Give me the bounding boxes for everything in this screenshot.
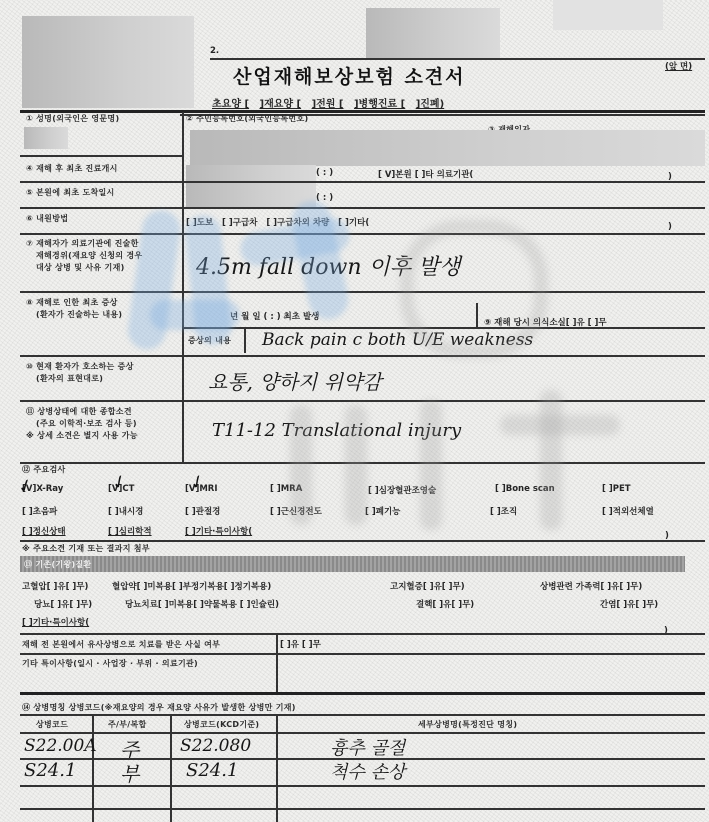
history-other[interactable]: [ ]기타·특이사항(: [22, 616, 89, 628]
exams-note: ※ 주요소견 기재 또는 결과지 첨부: [22, 543, 150, 554]
history-diabetes[interactable]: 당뇨[ ]유[ ]무): [34, 598, 92, 610]
arrival-label: ⑤ 본원에 최초 도착일시: [26, 187, 115, 198]
first-visit-time: ( : ): [316, 168, 333, 178]
transport-close-paren: ): [668, 222, 672, 232]
redacted-block-top-right: [553, 0, 663, 30]
diag-row-divider-3: [20, 808, 705, 810]
exam-endoscopy[interactable]: [ ]내시경: [108, 505, 143, 517]
prior-treatment-options[interactable]: [ ]유 [ ]무: [280, 638, 321, 650]
diag-row-2-type[interactable]: 부: [120, 758, 139, 787]
history-diabetes-treatment[interactable]: 당뇨치료[ ]미복용[ ]약물복용 [ ]인슐린): [125, 598, 279, 610]
row-divider-4: [20, 155, 182, 157]
main-column-divider: [182, 112, 184, 462]
exam-pet[interactable]: [ ]PET: [602, 484, 631, 494]
request-type-pneumoconiosis[interactable]: ]진폐): [416, 99, 444, 110]
first-symptom-label-2: (환자가 진술하는 내용): [36, 309, 122, 320]
transport-ambulance[interactable]: [ ]구급차: [222, 218, 257, 228]
watermark-stroke-gray-6: [540, 390, 562, 530]
diag-row-1-code[interactable]: S22.00A: [24, 736, 97, 756]
redacted-personal-info: [190, 130, 705, 166]
history-tuberculosis[interactable]: 결핵[ ]유[ ]무): [416, 598, 474, 610]
diag-row-2-kcd[interactable]: S24.1: [186, 760, 238, 781]
exam-pulmonary[interactable]: [ ]폐기능: [365, 505, 400, 517]
resident-id-label: ② 주민등록번호(외국인등록번호): [186, 113, 308, 124]
row-divider-5: [20, 181, 705, 183]
request-type-row: 초요양 [ ]재요양 [ ]전원 [ ]병행진료 [ ]진폐): [212, 95, 444, 110]
xray-checkmark-icon: ✓: [15, 474, 36, 499]
diag-row-1-detail[interactable]: 흉추 골절: [330, 734, 405, 760]
side-label: (앞 면): [665, 60, 692, 72]
first-symptom-date[interactable]: 년 월 일 ( : ) 최초 발생: [230, 310, 319, 322]
history-divider: [20, 633, 705, 635]
page-number-mark: 2.: [210, 46, 219, 56]
history-close-paren: ): [664, 626, 668, 636]
header-rule: [210, 58, 705, 60]
history-section-bar: [20, 556, 685, 572]
diag-col-divider-3: [276, 714, 278, 822]
exam-arthroscopy[interactable]: [ ]관절경: [185, 505, 220, 517]
row-divider-10: [20, 400, 705, 402]
exam-ultrasound[interactable]: [ ]초음파: [22, 505, 57, 517]
history-section-label: ⑬ 기존(기왕)질환: [24, 559, 91, 570]
exam-other[interactable]: [ ]기타·특이사항(: [185, 525, 252, 537]
diag-row-2-code[interactable]: S24.1: [24, 760, 76, 781]
diagnosis-section-label: ⑭ 상병명칭 상병코드(※재요양의 경우 재요양 사유가 발생한 상병만 기재): [22, 702, 296, 713]
redacted-block-top-left: [22, 16, 194, 108]
diag-row-1-kcd[interactable]: S22.080: [180, 736, 251, 756]
opinion-label-2: (주요 이학적·보조 검사 등): [36, 418, 137, 429]
scanned-form: 2. (앞 면) 산업재해보상보험 소견서 초요양 [ ]재요양 [ ]전원 […: [0, 0, 709, 822]
opinion-label-1: ⑪ 상병상태에 대한 종합소견: [26, 406, 132, 417]
current-complaint-value[interactable]: 요통, 양하지 위약감: [208, 366, 382, 395]
row-divider-7: [20, 233, 705, 235]
table-top-border: [20, 110, 705, 113]
current-complaint-label-1: ⑩ 현재 환자가 호소하는 증상: [26, 361, 134, 372]
first-visit-options[interactable]: [ V]본원 [ ]타 의료기관(: [378, 168, 473, 180]
diag-header-top: [20, 714, 705, 716]
watermark-stroke-gray-3: [345, 405, 367, 525]
request-type-initial[interactable]: 초요양 [: [212, 99, 249, 110]
other-notes-label: 기타 특이사항(일시 · 사업장 · 부위 · 의료기관): [22, 658, 198, 669]
exam-thermography[interactable]: [ ]적외선체열: [602, 505, 654, 517]
prior-treatment-label: 재해 전 본원에서 유사상병으로 치료를 받은 사실 여부: [22, 639, 220, 650]
current-complaint-label-2: (환자의 표현대로): [36, 373, 103, 384]
watermark-stroke-gray-1: [400, 220, 548, 358]
exam-psychological[interactable]: [ ]심리학적: [108, 525, 152, 537]
history-bp-medication[interactable]: 혈압약[ ]미복용[ ]부정기복용[ ]정기복용): [112, 580, 271, 592]
diag-col-divider-2: [170, 714, 172, 822]
first-symptom-label-1: ⑧ 재해로 인한 최초 증상: [26, 297, 118, 308]
history-hepatitis[interactable]: 간염[ ]유[ ]무): [600, 598, 658, 610]
watermark-stroke-blue-1: [125, 208, 182, 352]
transport-label: ⑥ 내원방법: [26, 213, 68, 224]
diag-col-kcd: 상병코드(KCD기준): [184, 719, 259, 730]
redacted-dates: [186, 165, 316, 209]
exam-biopsy[interactable]: [ ]조직: [490, 505, 517, 517]
diag-col-type: 주/부/복합: [108, 719, 147, 730]
diag-col-divider-1: [92, 714, 94, 822]
prior-divider: [20, 653, 705, 655]
opinion-label-3: ※ 상세 소견은 별지 사용 가능: [26, 430, 138, 441]
redacted-name: [24, 127, 68, 149]
request-type-recurrence[interactable]: ]재요양 [: [260, 99, 302, 110]
diag-row-divider-2: [20, 785, 705, 787]
name-label: ① 성명(외국인은 영문명): [26, 113, 119, 124]
exam-mental-state[interactable]: [ ]정신상태: [22, 525, 66, 537]
symptom-content-divider: [244, 327, 246, 353]
request-type-transfer[interactable]: ]전원 [: [312, 99, 344, 110]
accident-desc-label-2: 재해경위(재요양 신청의 경우: [36, 250, 142, 261]
diag-col-code: 상병코드: [36, 719, 68, 730]
history-hyperlipidemia[interactable]: 고지혈증[ ]유[ ]무): [390, 580, 465, 592]
history-family[interactable]: 상병관련 가족력[ ]유[ ]무): [540, 580, 642, 592]
row-divider-8: [20, 291, 705, 293]
watermark-stroke-blue-3: [150, 300, 240, 330]
history-hypertension[interactable]: 고혈압[ ]유[ ]무): [22, 580, 88, 592]
accident-desc-label-1: ⑦ 재해자가 의료기관에 진술한: [26, 238, 139, 249]
watermark-stroke-gray-4: [420, 400, 442, 530]
history-bottom-border: [20, 692, 705, 695]
diag-row-2-detail[interactable]: 척수 손상: [330, 758, 405, 784]
diag-col-detail: 세부상병명(특정진단 명칭): [418, 719, 517, 730]
form-title: 산업재해보상보험 소견서: [233, 62, 466, 89]
row-divider-6: [20, 207, 705, 209]
redacted-block-top-center: [366, 8, 500, 60]
first-visit-label: ④ 재해 후 최초 진료개시: [26, 163, 118, 174]
exams-underline: [20, 540, 705, 542]
watermark-stroke-gray-2: [290, 405, 312, 525]
prior-treatment-divider: [276, 634, 278, 692]
accident-desc-label-3: 대상 상병 및 사유 기재): [36, 262, 125, 273]
row-divider-9: [20, 355, 705, 357]
request-type-concurrent[interactable]: ]병행진료 [: [354, 99, 405, 110]
